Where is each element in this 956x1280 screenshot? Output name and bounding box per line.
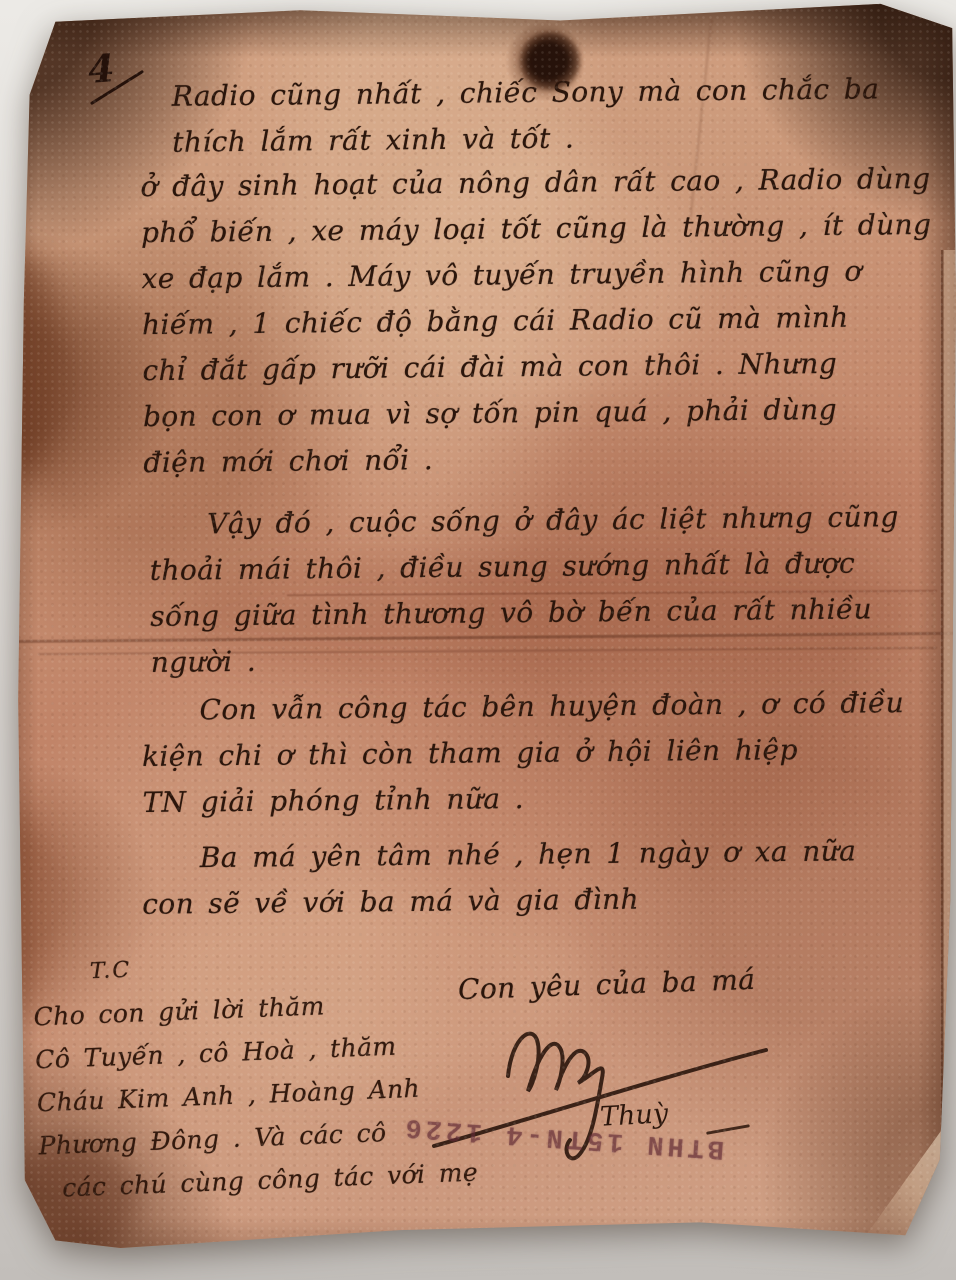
handwriting-line: người . bbox=[151, 632, 901, 686]
handwriting-line: TN giải phóng tỉnh nữa . bbox=[142, 772, 905, 826]
handwriting-line: kiện chi ơ thì còn tham gia ở hội liên h… bbox=[142, 726, 905, 780]
stain-left-edge bbox=[0, 250, 60, 480]
paragraph-ba-ma: Ba má yên tâm nhé , hẹn 1 ngày ơ xa nữa … bbox=[142, 828, 857, 927]
handwriting-line: ở đây sinh hoạt của nông dân rất cao , R… bbox=[140, 156, 931, 210]
handwriting-line: Ba má yên tâm nhé , hẹn 1 ngày ơ xa nữa bbox=[200, 828, 857, 881]
paper-right-fold-edge bbox=[941, 250, 956, 1190]
paragraph-cong-tac: Con vẫn công tác bên huyện đoàn , ơ có đ… bbox=[141, 680, 905, 826]
handwriting-line: xe đạp lắm . Máy vô tuyến truyền hình cũ… bbox=[141, 248, 932, 302]
handwriting-line: con sẽ về với ba má và gia đình bbox=[142, 874, 857, 927]
paragraph-radio: Radio cũng nhất , chiếc Sony mà con chắc… bbox=[172, 66, 880, 165]
handwriting-line: hiếm , 1 chiếc độ bằng cái Radio cũ mà m… bbox=[142, 294, 933, 348]
handwriting-line: điện mới chơi nổi . bbox=[143, 432, 934, 486]
handwriting-line: sống giữa tình thương vô bờ bến của rất … bbox=[150, 586, 900, 640]
handwriting-line: thoải mái thôi , điều sung sướng nhất là… bbox=[150, 540, 900, 594]
paragraph-life-here: ở đây sinh hoạt của nông dân rất cao , R… bbox=[140, 156, 934, 486]
handwriting-line: chỉ đắt gấp rưỡi cái đài mà con thôi . N… bbox=[142, 340, 933, 394]
letter-photo: 4 Radio cũng nhất , chiếc Sony mà con ch… bbox=[0, 0, 956, 1280]
letter-paper: 4 Radio cũng nhất , chiếc Sony mà con ch… bbox=[0, 0, 956, 1280]
handwriting-line: Vậy đó , cuộc sống ở đây ác liệt nhưng c… bbox=[207, 494, 899, 547]
folded-corner bbox=[864, 1110, 956, 1238]
paper-wrapper: 4 Radio cũng nhất , chiếc Sony mà con ch… bbox=[0, 0, 956, 1280]
handwriting-line: Con vẫn công tác bên huyện đoàn , ơ có đ… bbox=[199, 680, 904, 733]
handwriting-line: phổ biến , xe máy loại tốt cũng là thườn… bbox=[141, 202, 932, 256]
postscript-block: T.C Cho con gửi lời thăm Cô Tuyến , cô H… bbox=[31, 936, 479, 1211]
paragraph-vay-do: Vậy đó , cuộc sống ở đây ác liệt nhưng c… bbox=[149, 494, 900, 686]
page-number: 4 bbox=[86, 45, 116, 92]
handwriting-line: bọn con ơ mua vì sợ tốn pin quá , phải d… bbox=[143, 386, 934, 440]
handwriting-line: Radio cũng nhất , chiếc Sony mà con chắc… bbox=[172, 66, 880, 119]
